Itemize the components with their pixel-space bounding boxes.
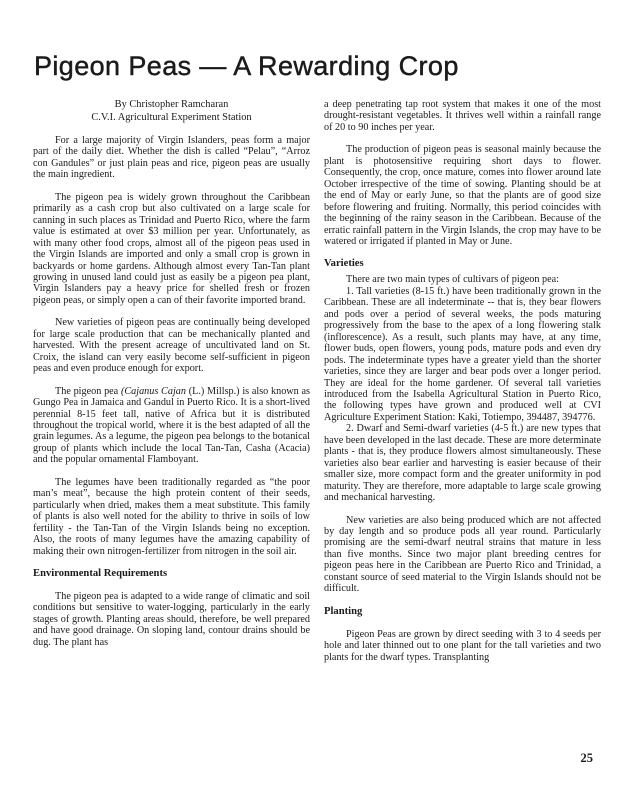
text-segment: (L.) Millsp.) is also known as Gungo Pea…: [33, 386, 310, 466]
paragraph: For a large majority of Virgin Islanders…: [33, 135, 310, 181]
section-heading: Environmental Requirements: [33, 568, 310, 580]
paragraph: 2. Dwarf and Semi-dwarf varieties (4-5 f…: [324, 423, 601, 503]
paragraph: 1. Tall varieties (8-15 ft.) have been t…: [324, 286, 601, 423]
paragraph: a deep penetrating tap root system that …: [324, 99, 601, 133]
paragraph: The pigeon pea is adapted to a wide rang…: [33, 591, 310, 648]
paragraph: There are two main types of cultivars of…: [324, 274, 601, 285]
paragraph: Pigeon Peas are grown by direct seeding …: [324, 629, 601, 663]
article-columns: By Christopher RamcharanC.V.I. Agricultu…: [33, 99, 601, 663]
page-title: Pigeon Peas — A Rewarding Crop: [34, 51, 459, 82]
byline-line: By Christopher Ramcharan: [33, 99, 310, 112]
left-column: By Christopher RamcharanC.V.I. Agricultu…: [33, 99, 310, 663]
paragraph: The pigeon pea is widely grown throughou…: [33, 192, 310, 307]
paragraph: The pigeon pea (Cajanus Cajan (L.) Mills…: [33, 386, 310, 466]
paragraph: The legumes have been traditionally rega…: [33, 477, 310, 557]
paragraph: New varieties are also being produced wh…: [324, 515, 601, 595]
document-page: Pigeon Peas — A Rewarding Crop By Christ…: [0, 0, 630, 790]
section-heading: Varieties: [324, 258, 601, 270]
paragraph: New varieties of pigeon peas are continu…: [33, 317, 310, 374]
section-heading: Planting: [324, 606, 601, 618]
byline-line: C.V.I. Agricultural Experiment Station: [33, 112, 310, 125]
latin-name-italic: (Cajanus Cajan: [121, 386, 186, 397]
page-number: 25: [581, 751, 594, 766]
right-column: a deep penetrating tap root system that …: [324, 99, 601, 663]
paragraph: The production of pigeon peas is seasona…: [324, 144, 601, 247]
text-segment: The pigeon pea: [55, 386, 121, 397]
